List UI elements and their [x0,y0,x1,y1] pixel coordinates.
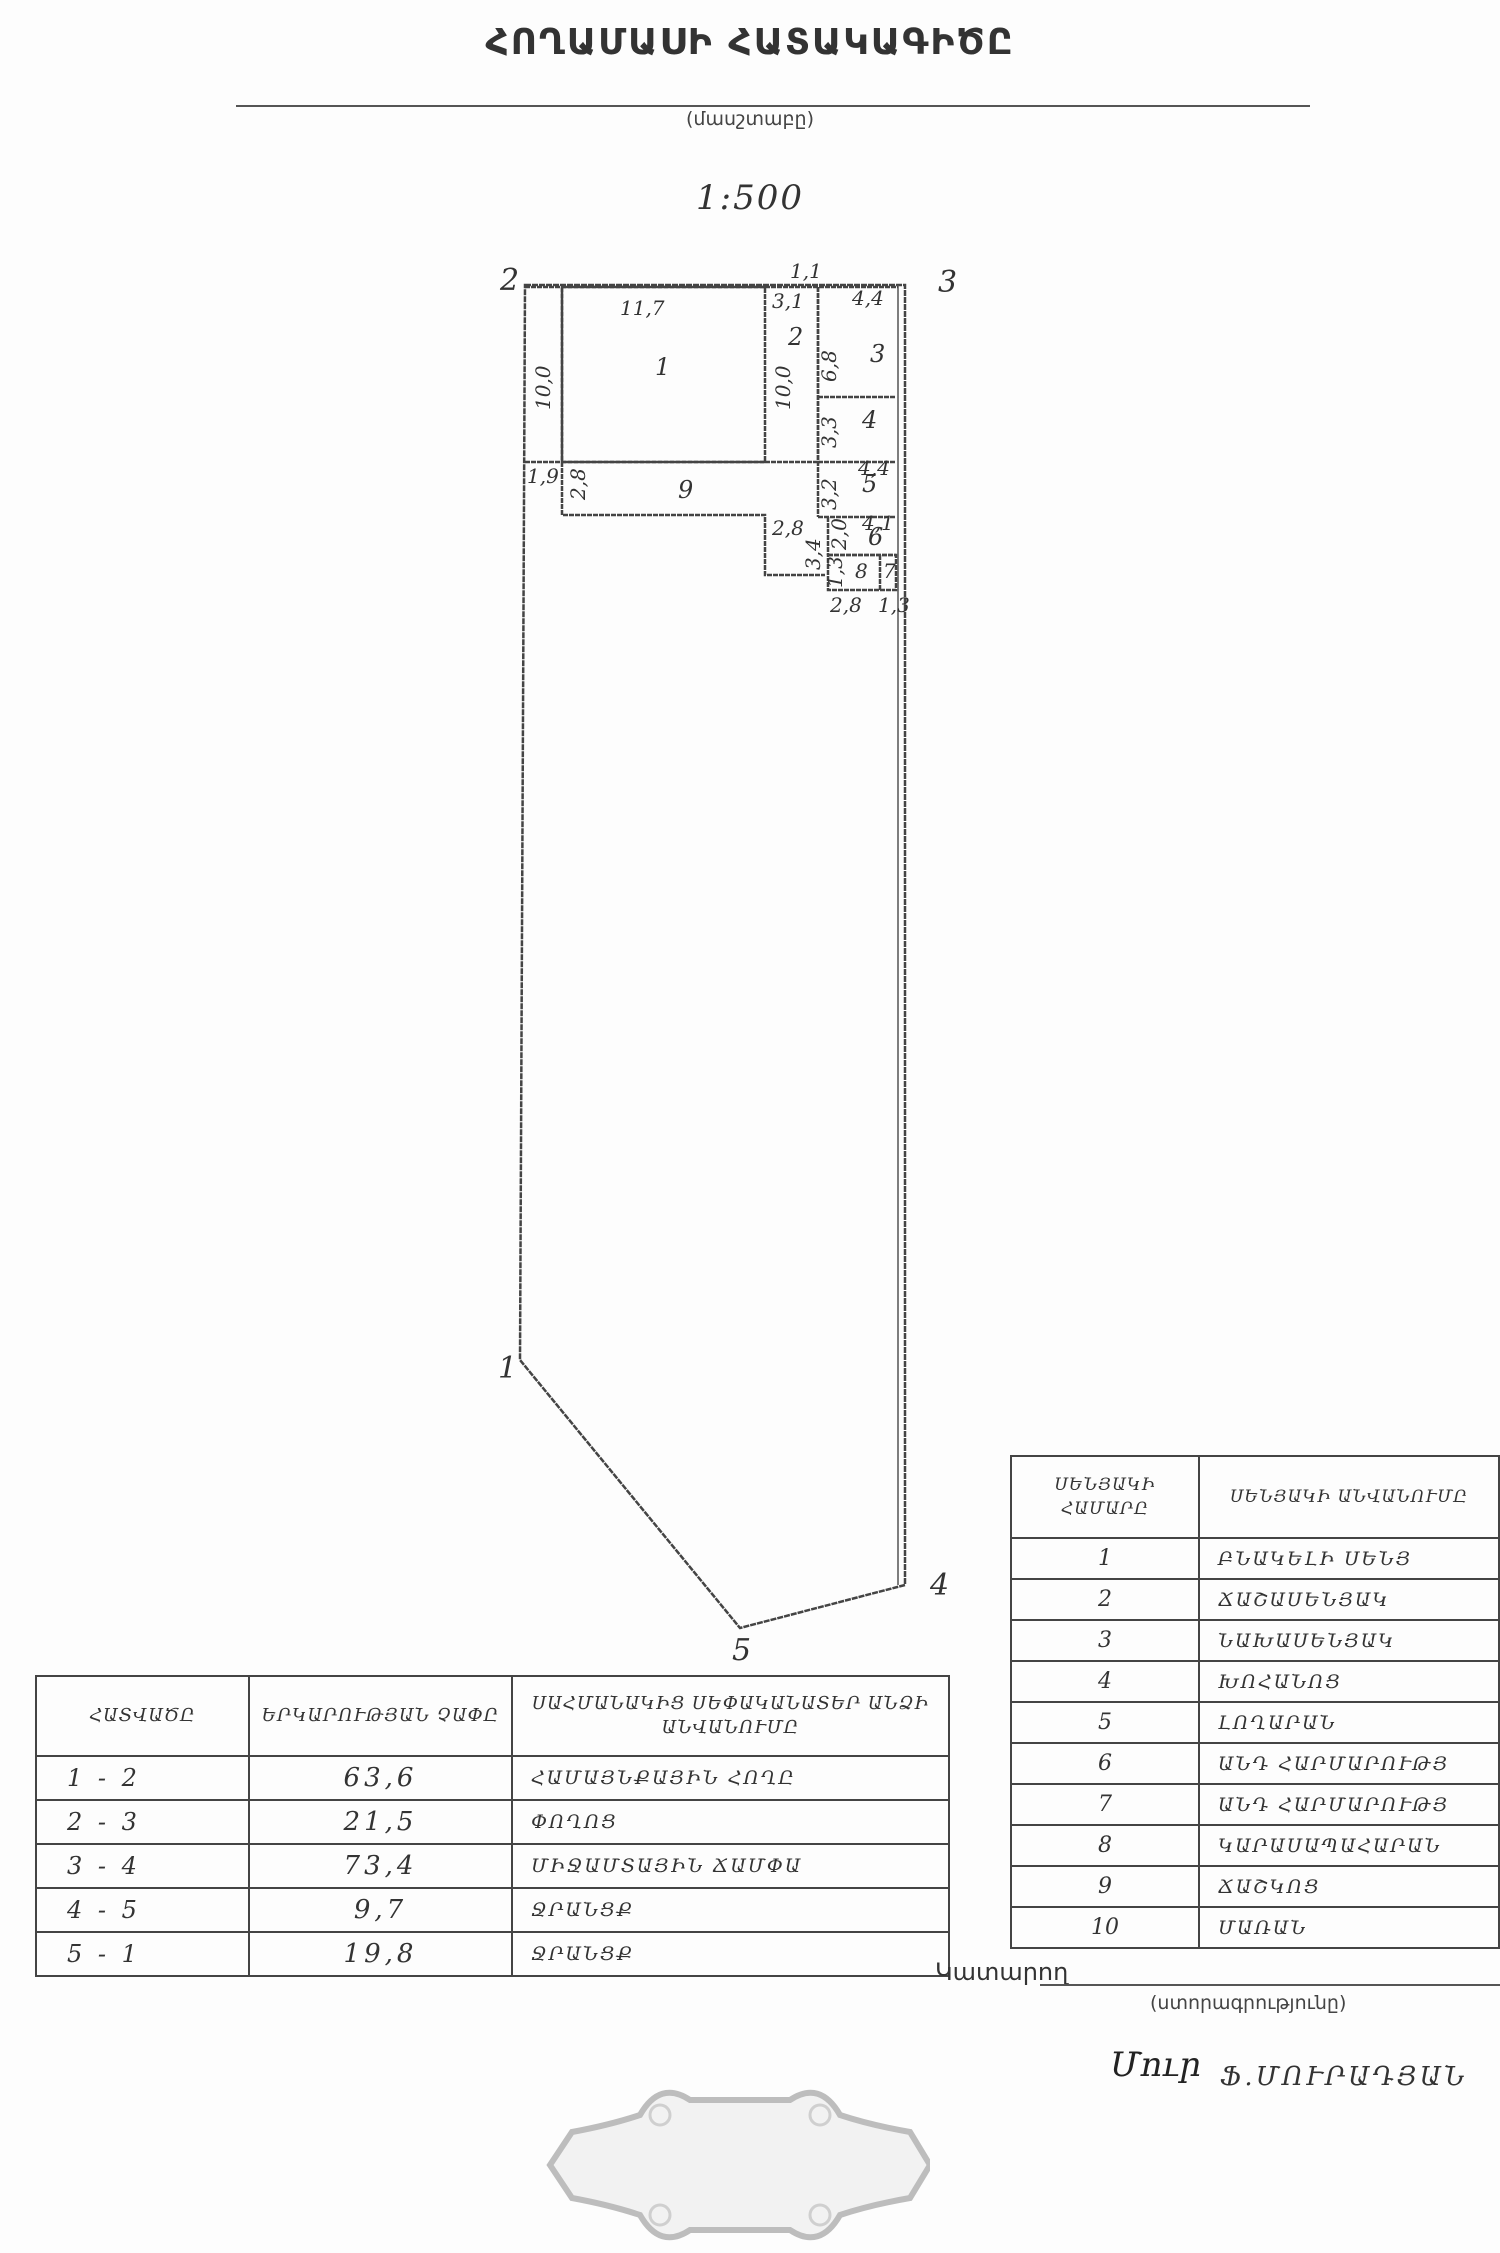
boundary-table-header: ՀԱՏՎԱԾԸ ԵՐԿԱՐՈՒԹՅԱՆ ՉԱՓԸ ՍԱՀՄԱՆԱԿԻՑ ՍԵՓԱ… [36,1676,949,1756]
dim-room5-height: 3,2 [817,478,841,510]
dim-room6-width: 4,1 [861,511,894,535]
header-length: ԵՐԿԱՐՈՒԹՅԱՆ ՉԱՓԸ [249,1676,512,1756]
row-neighbor: ՋՐԱՆՑՔ [512,1888,949,1932]
row-section: 1 - 2 [36,1756,249,1800]
room-label-7: 7 [883,559,896,583]
table-row: 4ԽՈՀԱՆՈՑ [1011,1661,1499,1702]
header-section: ՀԱՏՎԱԾԸ [36,1676,249,1756]
decorative-stamp-frame-icon [510,2070,930,2250]
row-section: 3 - 4 [36,1844,249,1888]
dim-room2-height: 10,0 [771,365,795,410]
room-name: ԼՈՂԱՐԱՆ [1199,1702,1499,1743]
room-number: 3 [1011,1620,1199,1661]
site-plan-drawing: 2 3 1 4 5 1 2 3 4 5 6 7 8 9 11,7 10,0 1,… [0,0,1500,1700]
table-row: 2 - 3 21,5 ՓՈՂՈՑ [36,1800,949,1844]
table-row: 2ՃԱՇԱՍԵՆՅԱԿ [1011,1579,1499,1620]
performer-label: Կատարող [935,1958,1068,1986]
table-row: 1 - 2 63,6 ՀԱՄԱՅՆՔԱՅԻՆ ՀՈՂԸ [36,1756,949,1800]
room-number: 9 [1011,1866,1199,1907]
room-name: ԱՆԴ ՀԱՐՄԱՐՈՒԹՅ [1199,1784,1499,1825]
row-length: 73,4 [249,1844,512,1888]
dim-bottom-width-7: 1,3 [878,593,910,617]
header-room-number: ՍԵՆՅԱԿԻ ՀԱՄԱՐԸ [1011,1456,1199,1538]
dim-room8-height: 1,3 [823,556,847,588]
row-neighbor: ՄԻՋԱՄՏԱՅԻՆ ՃԱՄՓԱ [512,1844,949,1888]
dim-bottom-width-8: 2,8 [829,593,862,617]
room-number: 7 [1011,1784,1199,1825]
signature-line [1040,1984,1500,1986]
room-label-8: 8 [855,559,868,583]
dim-left-strip-width: 1,9 [527,464,559,488]
dim-room4-height: 3,3 [817,416,841,448]
room-name: ԲՆԱԿԵԼԻ ՍԵՆՅ [1199,1538,1499,1579]
room-name: ԽՈՀԱՆՈՑ [1199,1661,1499,1702]
table-row: 4 - 5 9,7 ՋՐԱՆՑՔ [36,1888,949,1932]
rooms-table-header: ՍԵՆՅԱԿԻ ՀԱՄԱՐԸ ՍԵՆՅԱԿԻ ԱՆՎԱՆՈՒՄԸ [1011,1456,1499,1538]
table-row: 3 - 4 73,4 ՄԻՋԱՄՏԱՅԻՆ ՃԱՄՓԱ [36,1844,949,1888]
room-name: ՃԱՇԿՈՑ [1199,1866,1499,1907]
room-number: 1 [1011,1538,1199,1579]
row-length: 63,6 [249,1756,512,1800]
signer-name: Ֆ.ՄՈՒՐԱԴՅԱՆ [1220,2062,1467,2092]
row-section: 5 - 1 [36,1932,249,1976]
table-row: 5ԼՈՂԱՐԱՆ [1011,1702,1499,1743]
room-number: 4 [1011,1661,1199,1702]
room-name: ՄԱՌԱՆ [1199,1907,1499,1948]
dim-hall-width: 2,8 [771,516,804,540]
row-length: 19,8 [249,1932,512,1976]
table-row: 1ԲՆԱԿԵԼԻ ՍԵՆՅ [1011,1538,1499,1579]
header-room-name: ՍԵՆՅԱԿԻ ԱՆՎԱՆՈՒՄԸ [1199,1456,1499,1538]
boundary-table: ՀԱՏՎԱԾԸ ԵՐԿԱՐՈՒԹՅԱՆ ՉԱՓԸ ՍԱՀՄԱՆԱԿԻՑ ՍԵՓԱ… [35,1675,950,1977]
dim-room2-width: 3,1 [772,289,804,313]
handwritten-signature: Մուր [1110,2045,1201,2085]
dim-room1-width: 11,7 [620,296,665,320]
corner-point-5: 5 [732,1633,751,1668]
corner-point-2: 2 [499,263,519,298]
row-length: 21,5 [249,1800,512,1844]
row-neighbor: ՓՈՂՈՑ [512,1800,949,1844]
dim-left-strip-height: 10,0 [531,365,555,410]
room-label-1: 1 [655,353,670,381]
row-section: 4 - 5 [36,1888,249,1932]
dim-room6-height: 2,0 [827,518,851,551]
room-number: 2 [1011,1579,1199,1620]
dim-hall-height: 3,4 [801,538,825,570]
table-row: 9ՃԱՇԿՈՑ [1011,1866,1499,1907]
table-row: 10ՄԱՌԱՆ [1011,1907,1499,1948]
row-length: 9,7 [249,1888,512,1932]
room-label-2: 2 [787,323,803,351]
room-name: ՆԱԽԱՍԵՆՅԱԿ [1199,1620,1499,1661]
room-name: ԱՆԴ ՀԱՐՄԱՐՈՒԹՅ [1199,1743,1499,1784]
table-row: 8ԿԱՐԱՍԱՊԱՀԱՐԱՆ [1011,1825,1499,1866]
row-neighbor: ՀԱՄԱՅՆՔԱՅԻՆ ՀՈՂԸ [512,1756,949,1800]
room-name: ՃԱՇԱՍԵՆՅԱԿ [1199,1579,1499,1620]
room-number: 5 [1011,1702,1199,1743]
dim-corridor-width: 2,8 [566,468,590,501]
table-row: 6ԱՆԴ ՀԱՐՄԱՐՈՒԹՅ [1011,1743,1499,1784]
room-number: 10 [1011,1907,1199,1948]
room-name: ԿԱՐԱՍԱՊԱՀԱՐԱՆ [1199,1825,1499,1866]
room-number: 6 [1011,1743,1199,1784]
row-section: 2 - 3 [36,1800,249,1844]
table-row: 5 - 1 19,8 ՋՐԱՆՑՔ [36,1932,949,1976]
corner-point-3: 3 [938,265,957,300]
corner-point-4: 4 [929,1568,949,1603]
room-number: 8 [1011,1825,1199,1866]
room-label-9: 9 [678,476,693,504]
dim-room3-width: 4,4 [851,286,884,310]
dim-room3-height: 6,8 [817,350,841,382]
table-row: 7ԱՆԴ ՀԱՐՄԱՐՈՒԹՅ [1011,1784,1499,1825]
signature-caption: (ստորագրությունը) [1150,1992,1346,2014]
rooms-table: ՍԵՆՅԱԿԻ ՀԱՄԱՐԸ ՍԵՆՅԱԿԻ ԱՆՎԱՆՈՒՄԸ 1ԲՆԱԿԵԼ… [1010,1455,1500,1949]
dim-room5-width: 4,4 [857,456,890,480]
dim-top-mark: 1,1 [790,259,822,283]
room-label-3: 3 [870,340,885,368]
table-row: 3ՆԱԽԱՍԵՆՅԱԿ [1011,1620,1499,1661]
room-label-4: 4 [861,406,877,434]
row-neighbor: ՋՐԱՆՑՔ [512,1932,949,1976]
corner-point-1: 1 [498,1351,517,1386]
header-neighbor: ՍԱՀՄԱՆԱԿԻՑ ՍԵՓԱԿԱՆԱՏԵՐ ԱՆՁԻ ԱՆՎԱՆՈՒՄԸ [512,1676,949,1756]
